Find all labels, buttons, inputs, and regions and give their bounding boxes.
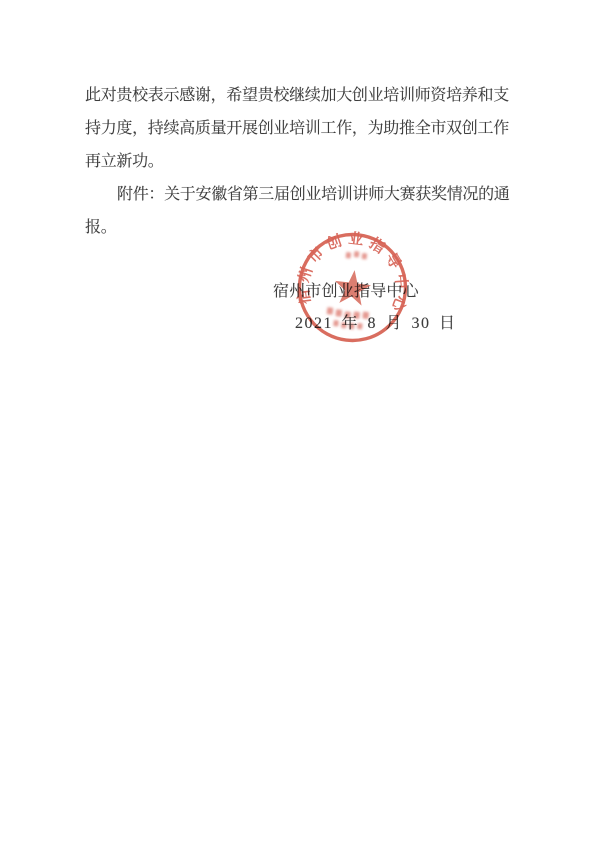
attachment-line: 附件：关于安徽省第三届创业培训讲师大赛获奖情况的通 bbox=[117, 181, 510, 204]
signature-date: 2021 年 8 月 30 日 bbox=[295, 310, 457, 333]
seal-arc-text: 宿州市创业指导中心 bbox=[291, 225, 415, 319]
signature-organization: 宿州市创业指导中心 bbox=[273, 278, 419, 301]
body-line-1: 此对贵校表示感谢，希望贵校继续加大创业培训师资培养和支 bbox=[85, 82, 509, 105]
body-line-3: 再立新功。 bbox=[85, 148, 164, 171]
attachment-line-wrap: 报。 bbox=[85, 214, 116, 237]
body-line-2: 持力度，持续高质量开展创业培训工作，为助推全市双创工作 bbox=[85, 115, 509, 138]
document-page: 此对贵校表示感谢，希望贵校继续加大创业培训师资培养和支 持力度，持续高质量开展创… bbox=[0, 0, 595, 841]
